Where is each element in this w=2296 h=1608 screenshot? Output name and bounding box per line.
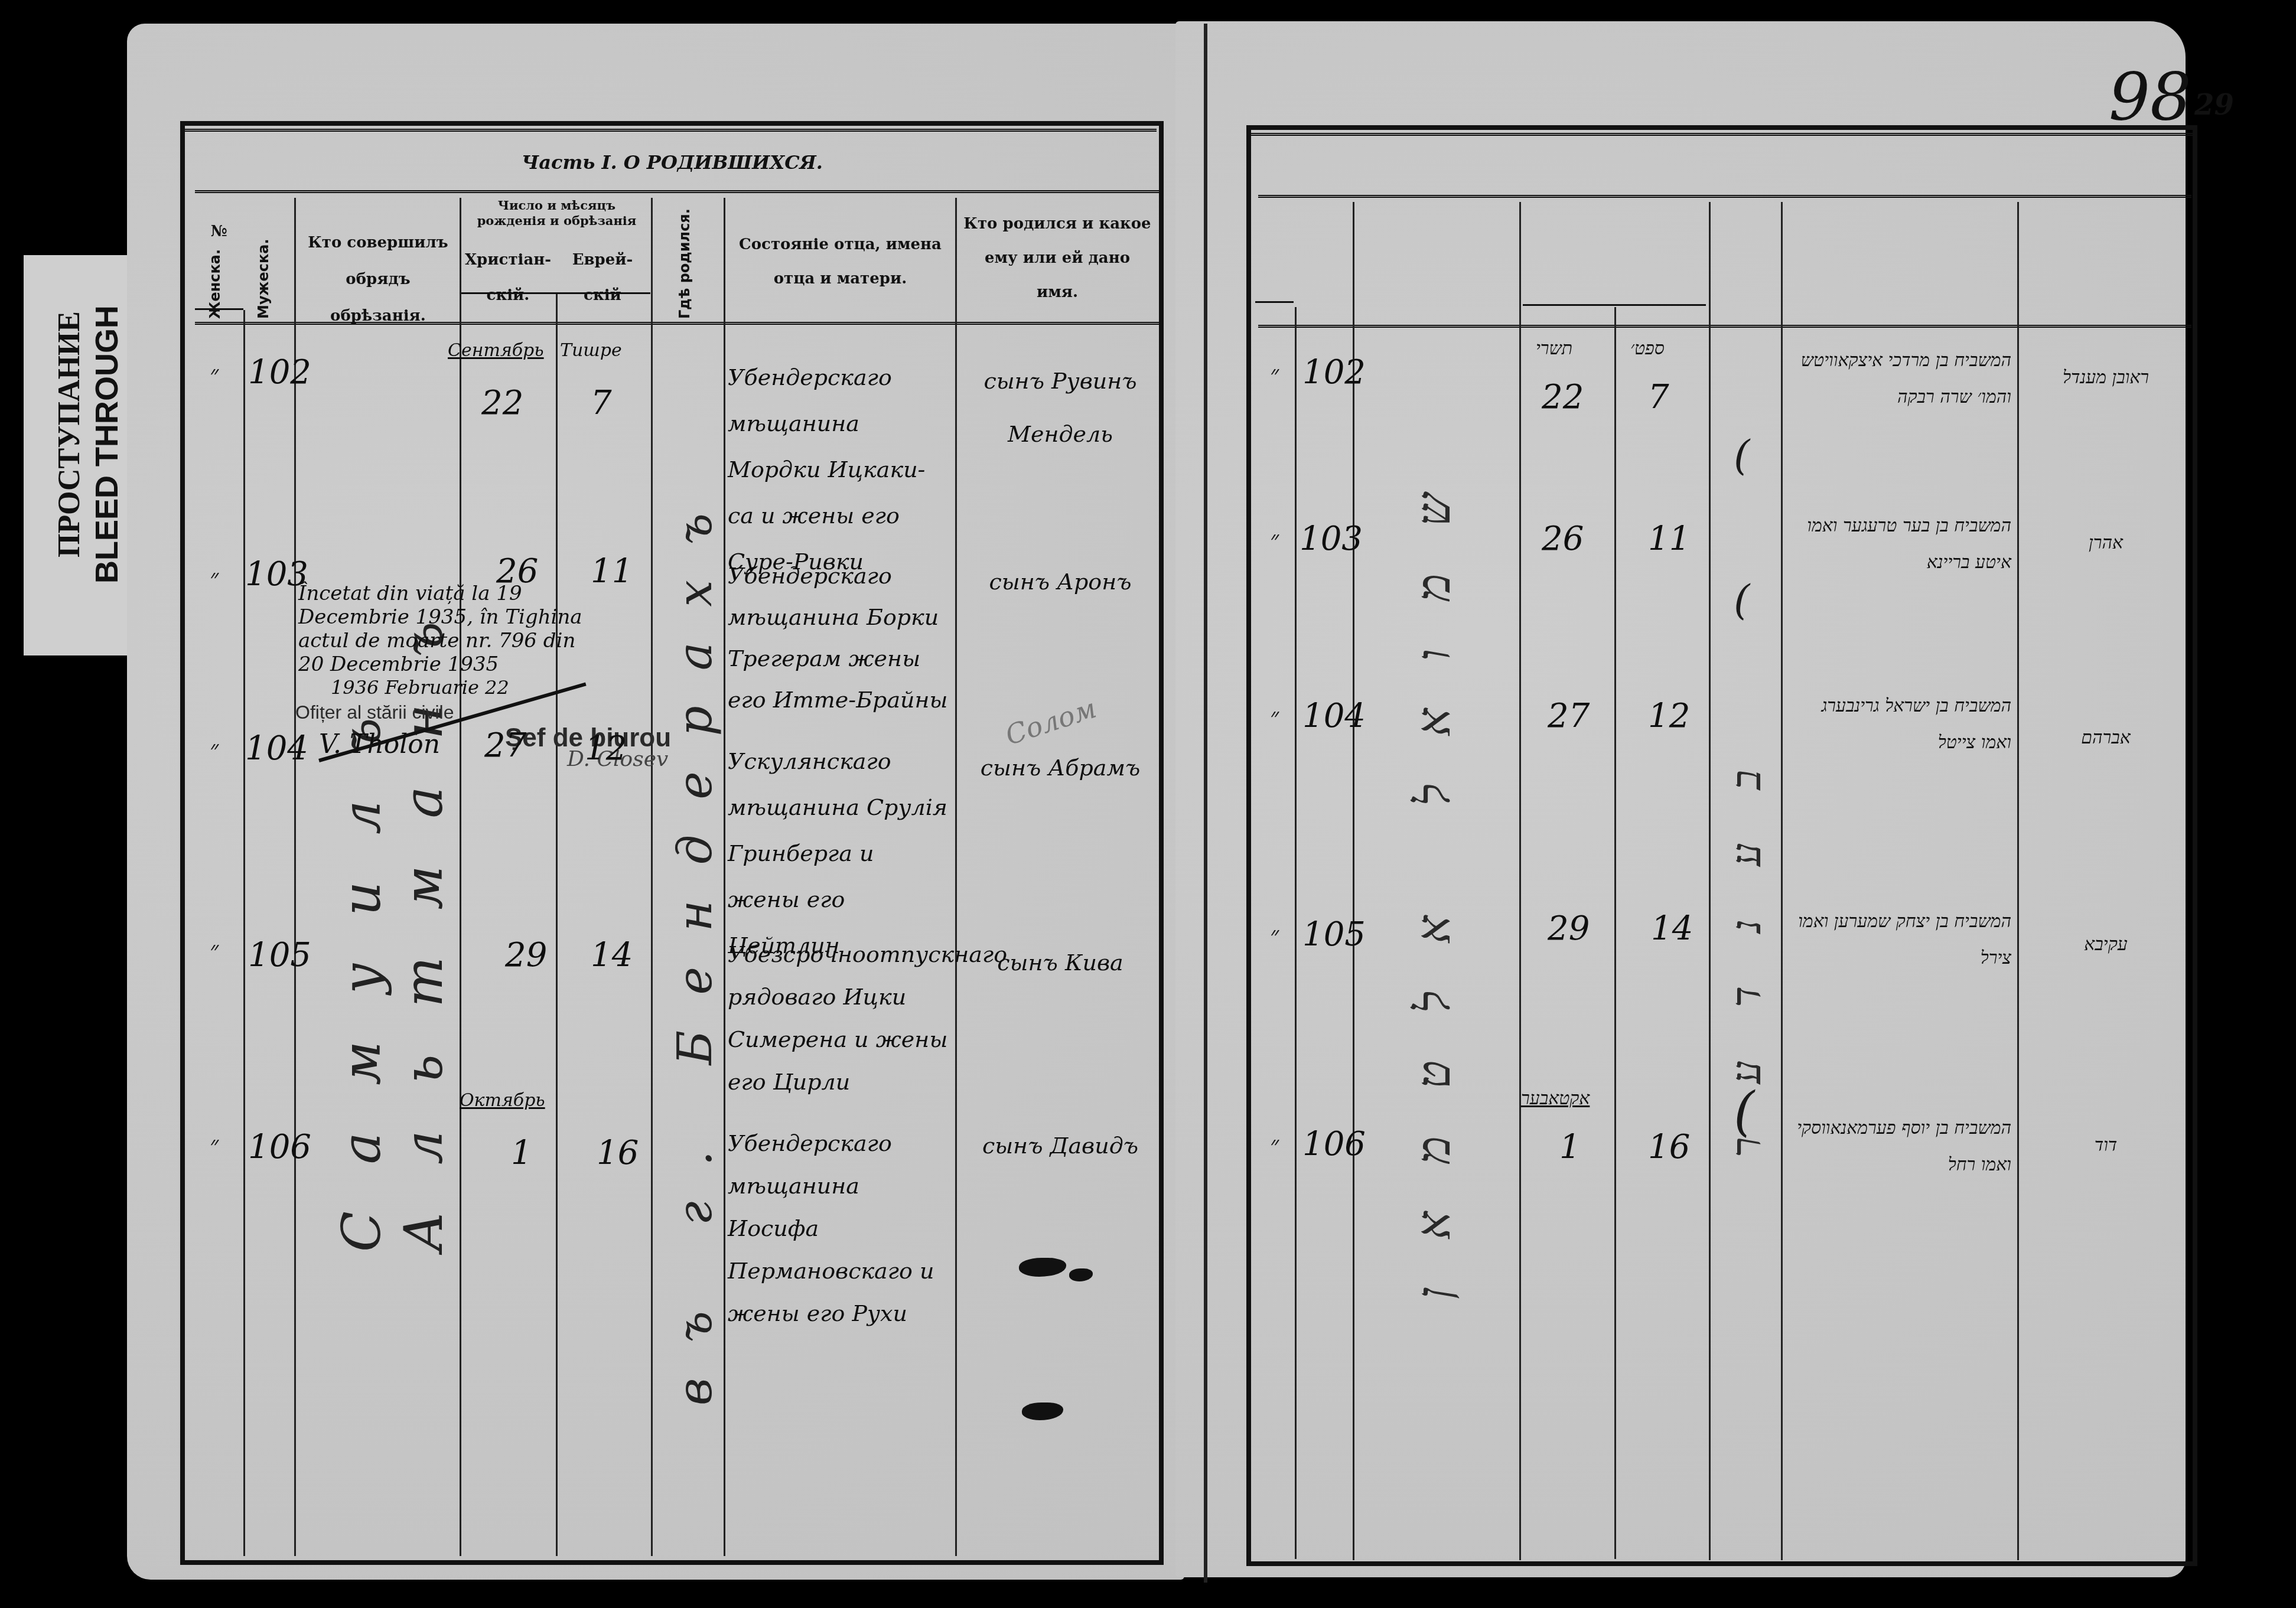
where-born-annotation: въ г. Бендерахъ [667,402,722,1405]
top-rule [185,129,1157,132]
christian-day: 29 [505,936,547,974]
father-info: Убендерскаго мѣщанина Иосифа Пермановска… [728,1122,952,1335]
col-divider [1709,202,1711,1560]
day-b: 12 [1648,697,1690,735]
title-rule [1258,195,2191,198]
header-jewish: Еврей-скій [561,242,644,313]
stamp-officer: Ofițer al stării civile [295,702,454,723]
top-rule [1251,133,2193,136]
col-divider [2017,202,2019,1560]
header-male: Мужеска. [255,216,272,319]
day-a: 26 [1542,520,1584,558]
title-rule [195,190,1164,193]
child-name: сынъ Абрамъ [975,738,1146,797]
header-christian: Христіан-скій. [464,242,552,313]
col-divider [294,198,296,1556]
christian-day: 1 [511,1134,532,1172]
annotation-line: 20 Decembrie 1935 [298,653,499,676]
father-info: Убендерскаго мѣщанина Мордки Ицкаки- са … [728,354,952,585]
col-divider [1295,307,1297,1559]
bleed-through-label: ПРОСТУПАНИЕ BLEED THROUGH [24,255,129,655]
date-group-rule [1523,304,1706,306]
flourish-mark: ( [1734,431,1750,480]
hebrew-child: אהרן [2026,520,2186,567]
flourish-mark: ( [1734,1081,1754,1143]
header-bottom-rule [1258,325,2191,328]
who-performed-annotation: Самуилъ Альтманъ [331,366,455,1252]
hebrew-child: אברהם [2026,715,2186,762]
hebrew-parents: המשביח בן ישראל גרינבערג ואמו צייטל [1787,688,2011,761]
entry-number: 104 [245,729,308,768]
book-gutter [1204,24,1207,1583]
jewish-day: 11 [591,552,633,591]
day-b: 7 [1648,378,1669,416]
ditto-mark: ״ [1270,921,1279,949]
child-name: сынъ Кива [975,927,1146,998]
ditto-mark: ״ [210,735,219,763]
ditto-mark: ״ [1270,703,1279,730]
hebrew-month-b: ספט׳ [1630,334,1665,364]
hebrew-parents: המשביח בן בער טרעגער ואמו איטע בריינא [1787,508,2011,581]
child-name: сынъ Рувинъ Мендель [975,354,1146,461]
jewish-day: 16 [597,1134,639,1172]
header-father-status: Состояніе отца, имена отца и матери. [732,227,948,296]
ditto-mark: ״ [210,1131,219,1159]
entry-number: 105 [248,936,311,974]
right-annotation-a: שמואל אלטמאן [1406,413,1461,1299]
hebrew-child: ראובן מענדל [2026,354,2186,402]
col-divider [1353,202,1354,1560]
col-divider [1781,202,1783,1560]
col-divider [651,198,653,1556]
flourish-mark: ( [1734,576,1750,624]
hebrew-child: דוד [2026,1122,2186,1169]
entry-number: 105 [1302,915,1366,954]
annotation-line: actul de moarte nr. 796 din [298,629,575,653]
ditto-mark: ״ [210,564,219,592]
ditto-mark: ״ [1270,526,1279,553]
secondary-page-number: 29 [2194,89,2234,122]
ditto-mark: ״ [1270,360,1279,388]
right-annotation-b: בענדער [1722,449,1770,1157]
day-a: 1 [1559,1128,1581,1166]
day-b: 11 [1648,520,1690,558]
label-russian: ПРОСТУПАНИЕ [52,311,87,557]
header-who-born: Кто родился и какое ему или ей дано имя. [963,207,1152,309]
hebrew-month-row5: אקטאבער [1521,1084,1590,1114]
annotation-line: Încetat din viață la 19 [298,582,522,605]
label-english: BLEED THROUGH [89,305,125,583]
jewish-day: 14 [591,936,633,974]
day-b: 14 [1651,909,1693,948]
col-divider [1614,307,1616,1559]
ditto-mark: ״ [210,360,219,388]
child-name: сынъ Давидъ [975,1119,1146,1172]
folio-number: 98 [2109,59,2191,135]
number-group-rule [1255,301,1294,303]
col-divider [556,292,558,1556]
day-a: 27 [1548,697,1590,735]
header-who-performed: Кто совершилъ обрядъ обрѣзанія. [304,224,452,334]
entry-number: 104 [1302,697,1366,735]
header-where-born: Гдѣ родился. [676,204,693,319]
jewish-day: 12 [585,729,627,768]
entry-number: 102 [248,353,311,392]
day-b: 16 [1648,1128,1690,1166]
col-divider [955,198,957,1556]
ditto-mark: ״ [210,936,219,964]
left-page-title: Часть I. О РОДИВШИХСЯ. [185,142,1160,183]
hebrew-month-a: תשרי [1536,334,1572,364]
entry-number: 102 [1302,353,1366,392]
entry-number: 106 [248,1128,311,1166]
col-divider [724,198,725,1556]
month-october: Октябрь [460,1085,545,1116]
hebrew-child: עקיבא [2026,921,2186,968]
entry-number: 103 [1300,520,1363,558]
header-female: Женска. [207,230,223,319]
child-name: сынъ Аронъ [975,555,1146,608]
col-divider [460,198,461,1556]
christian-day: 22 [481,384,523,422]
jewish-day: 7 [591,384,612,422]
month-tishrei: Тишре [560,335,622,366]
col-divider [243,310,245,1556]
ditto-mark: ״ [1270,1131,1279,1159]
month-september: Сентябрь [448,335,544,366]
hebrew-parents: המשביח בן יוסף פערמאנאווסקי ואמו רחל [1787,1110,2011,1183]
christian-day: 27 [484,726,526,765]
father-info: Убендерскаго мѣщанина Борки Трегерам жен… [728,555,952,720]
entry-number: 106 [1302,1125,1366,1163]
col-divider [1519,202,1521,1560]
hebrew-parents: המשביח בן יצחק שמערען ואמו צירל [1787,904,2011,977]
hebrew-parents: המשביח בן מרדכי איצקאוויטש והמו׳ שרה רבק… [1787,343,2011,416]
day-a: 29 [1548,909,1590,948]
annotation-line: Decembrie 1935, în Tighina [298,605,582,629]
day-a: 22 [1542,378,1584,416]
annotation-line: 1936 Februarie 22 [331,676,509,699]
header-date-group: Число и мѣсяцъ рожденія и обрѣзанія [464,198,650,229]
father-info: Убезсрочноотпускнаго рядоваго Ицки Симер… [728,933,952,1103]
